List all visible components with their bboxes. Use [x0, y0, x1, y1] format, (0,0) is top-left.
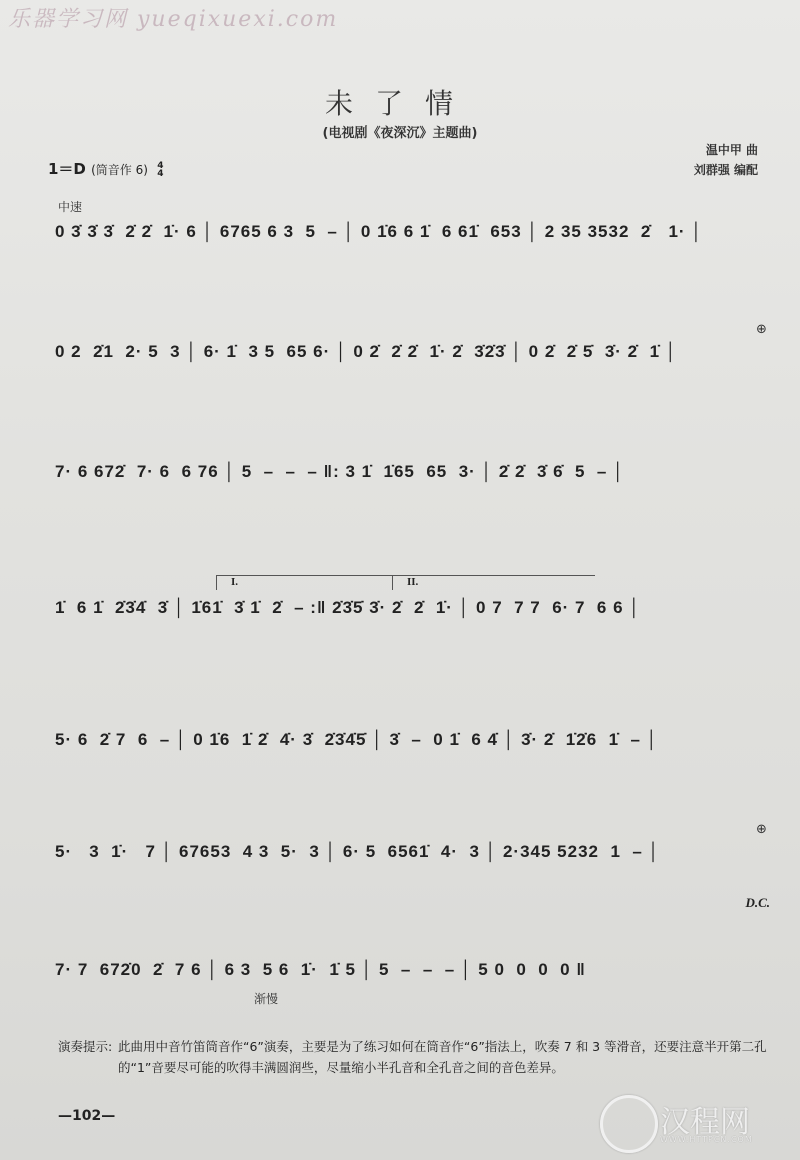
notation-line: 7· 6 672̇ 7· 6 6 76 │ 5 – – – ‖: 3 1̇ 1̇…: [55, 462, 772, 482]
score-row-1: 0 3̇ 3̇ 3̇ 2̇ 2̇ 1̇· 6 │ 6765 6 3 5 – │ …: [55, 222, 772, 262]
notation-line: 7· 7 672̇0 2̇ 7 6 │ 6 3 5 6 1̇· 1̇ 5 │ 5…: [55, 960, 772, 980]
key-value: 1＝D: [48, 160, 86, 178]
score-row-3: 7· 6 672̇ 7· 6 6 76 │ 5 – – – ‖: 3 1̇ 1̇…: [55, 462, 772, 502]
coda-icon: ⊕: [756, 322, 767, 337]
notation-line: 0 2 2̇1 2· 5 3 │ 6· 1̇ 3 5 65 6· │ 0 2̇ …: [55, 342, 772, 362]
da-capo-label: D.C.: [745, 895, 770, 911]
volta-1: I.: [216, 575, 399, 590]
key-signature: 1＝D (筒音作 6) 4 4: [48, 158, 163, 179]
page-number: —102—: [58, 1108, 115, 1124]
song-title: 未了情: [0, 82, 800, 122]
notation-line: 5· 6 2̇ 7 6 – │ 0 1̇6 1̇ 2̇ 4̇· 3̇ 2̇3̇4…: [55, 730, 772, 750]
volta-2: II.: [392, 575, 595, 590]
score-row-4: 1̇ 6 1̇ 2̇3̇4̇ 3̇ │ 1̇61̇ 3̇ 1̇ 2̇ – :‖ …: [55, 598, 772, 638]
score-row-7: 7· 7 672̇0 2̇ 7 6 │ 6 3 5 6 1̇· 1̇ 5 │ 5…: [55, 960, 772, 1000]
notation-line: 1̇ 6 1̇ 2̇3̇4̇ 3̇ │ 1̇61̇ 3̇ 1̇ 2̇ – :‖ …: [55, 598, 772, 618]
score-row-6: 5· 3 1̇· 7 │ 67653 4 3 5· 3 │ 6· 5 6561̇…: [55, 842, 772, 882]
performance-notes: 演奏提示: 此曲用中音竹笛筒音作“6”演奏，主要是为了练习如何在筒音作“6”指法…: [58, 1036, 776, 1078]
logo-url: WWW.HTTPCN.COM: [660, 1135, 753, 1144]
site-logo: 汉程网 WWW.HTTPCN.COM: [600, 1095, 790, 1155]
notes-text: 此曲用中音竹笛筒音作“6”演奏，主要是为了练习如何在筒音作“6”指法上，吹奏 7…: [118, 1036, 776, 1078]
coda-icon: ⊕: [756, 822, 767, 837]
watermark-text: 乐器学习网 yueqixuexi.com: [8, 2, 338, 33]
logo-swirl-icon: [600, 1095, 658, 1153]
notes-label: 演奏提示:: [58, 1036, 112, 1057]
score-row-5: 5· 6 2̇ 7 6 – │ 0 1̇6 1̇ 2̇ 4̇· 3̇ 2̇3̇4…: [55, 730, 772, 770]
ritardando-marking: 渐慢: [254, 990, 278, 1007]
composer: 温中甲 曲: [694, 140, 758, 160]
score-row-2: 0 2 2̇1 2· 5 3 │ 6· 1̇ 3 5 65 6· │ 0 2̇ …: [55, 342, 772, 382]
key-note: (筒音作 6): [91, 163, 148, 177]
notation-line: 0 3̇ 3̇ 3̇ 2̇ 2̇ 1̇· 6 │ 6765 6 3 5 – │ …: [55, 222, 772, 242]
song-subtitle: (电视剧《夜深沉》主题曲): [0, 122, 800, 141]
tempo-marking: 中速: [58, 198, 82, 215]
time-signature: 4 4: [157, 162, 163, 178]
arranger: 刘群强 编配: [694, 160, 758, 180]
credits: 温中甲 曲 刘群强 编配: [694, 140, 758, 180]
notation-line: 5· 3 1̇· 7 │ 67653 4 3 5· 3 │ 6· 5 6561̇…: [55, 842, 772, 862]
time-bottom: 4: [157, 169, 163, 179]
